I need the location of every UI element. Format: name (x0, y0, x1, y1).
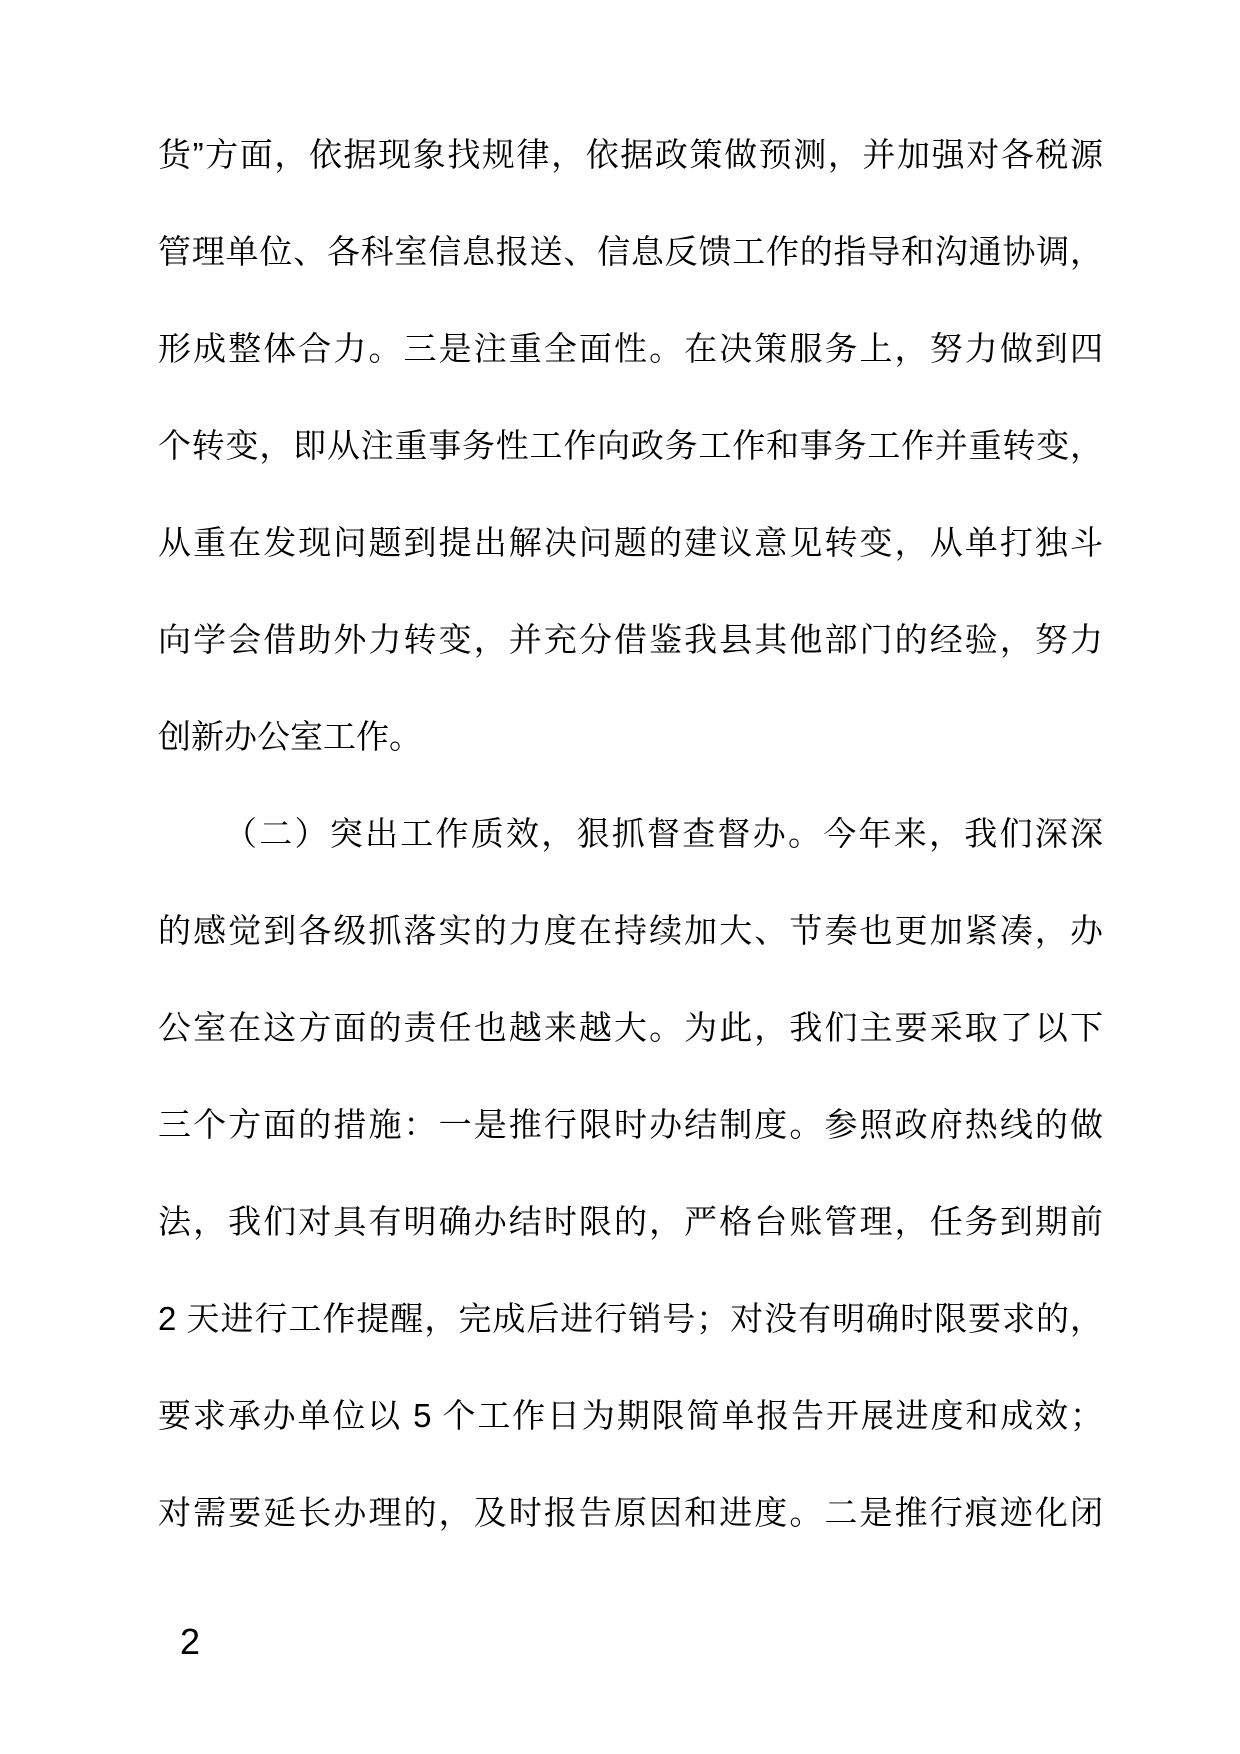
document-line: 形成整体合力。三是注重全面性。在决策服务上，努力做到四 (158, 300, 1103, 397)
document-page: 货”方面，依据现象找规律，依据政策做预测，并加强对各税源 管理单位、各科室信息报… (0, 0, 1240, 1754)
document-line: 对需要延长办理的，及时报告原因和进度。二是推行痕迹化闭 (158, 1464, 1103, 1561)
document-line: 2 天进行工作提醒，完成后进行销号；对没有明确时限要求的， (158, 1270, 1103, 1367)
document-line: 从重在发现问题到提出解决问题的建议意见转变，从单打独斗 (158, 494, 1103, 591)
document-line: 个转变，即从注重事务性工作向政务工作和事务工作并重转变， (158, 397, 1103, 494)
document-line: 法，我们对具有明确办结时限的，严格台账管理，任务到期前 (158, 1173, 1103, 1270)
page-number: 2 (180, 1622, 200, 1662)
document-line: 管理单位、各科室信息报送、信息反馈工作的指导和沟通协调， (158, 203, 1103, 300)
document-line: 的感觉到各级抓落实的力度在持续加大、节奏也更加紧凑，办 (158, 882, 1103, 979)
document-line: 向学会借助外力转变，并充分借鉴我县其他部门的经验，努力 (158, 591, 1103, 688)
document-line: 货”方面，依据现象找规律，依据政策做预测，并加强对各税源 (158, 106, 1103, 203)
document-line: 公室在这方面的责任也越来越大。为此，我们主要采取了以下 (158, 979, 1103, 1076)
document-line: 三个方面的措施：一是推行限时办结制度。参照政府热线的做 (158, 1076, 1103, 1173)
section-heading-line: （二）突出工作质效，狠抓督查督办。今年来，我们深深 (158, 785, 1103, 882)
document-line: 创新办公室工作。 (158, 688, 1103, 785)
document-line: 要求承办单位以 5 个工作日为期限简单报告开展进度和成效； (158, 1367, 1103, 1464)
document-body: 货”方面，依据现象找规律，依据政策做预测，并加强对各税源 管理单位、各科室信息报… (158, 106, 1103, 1561)
